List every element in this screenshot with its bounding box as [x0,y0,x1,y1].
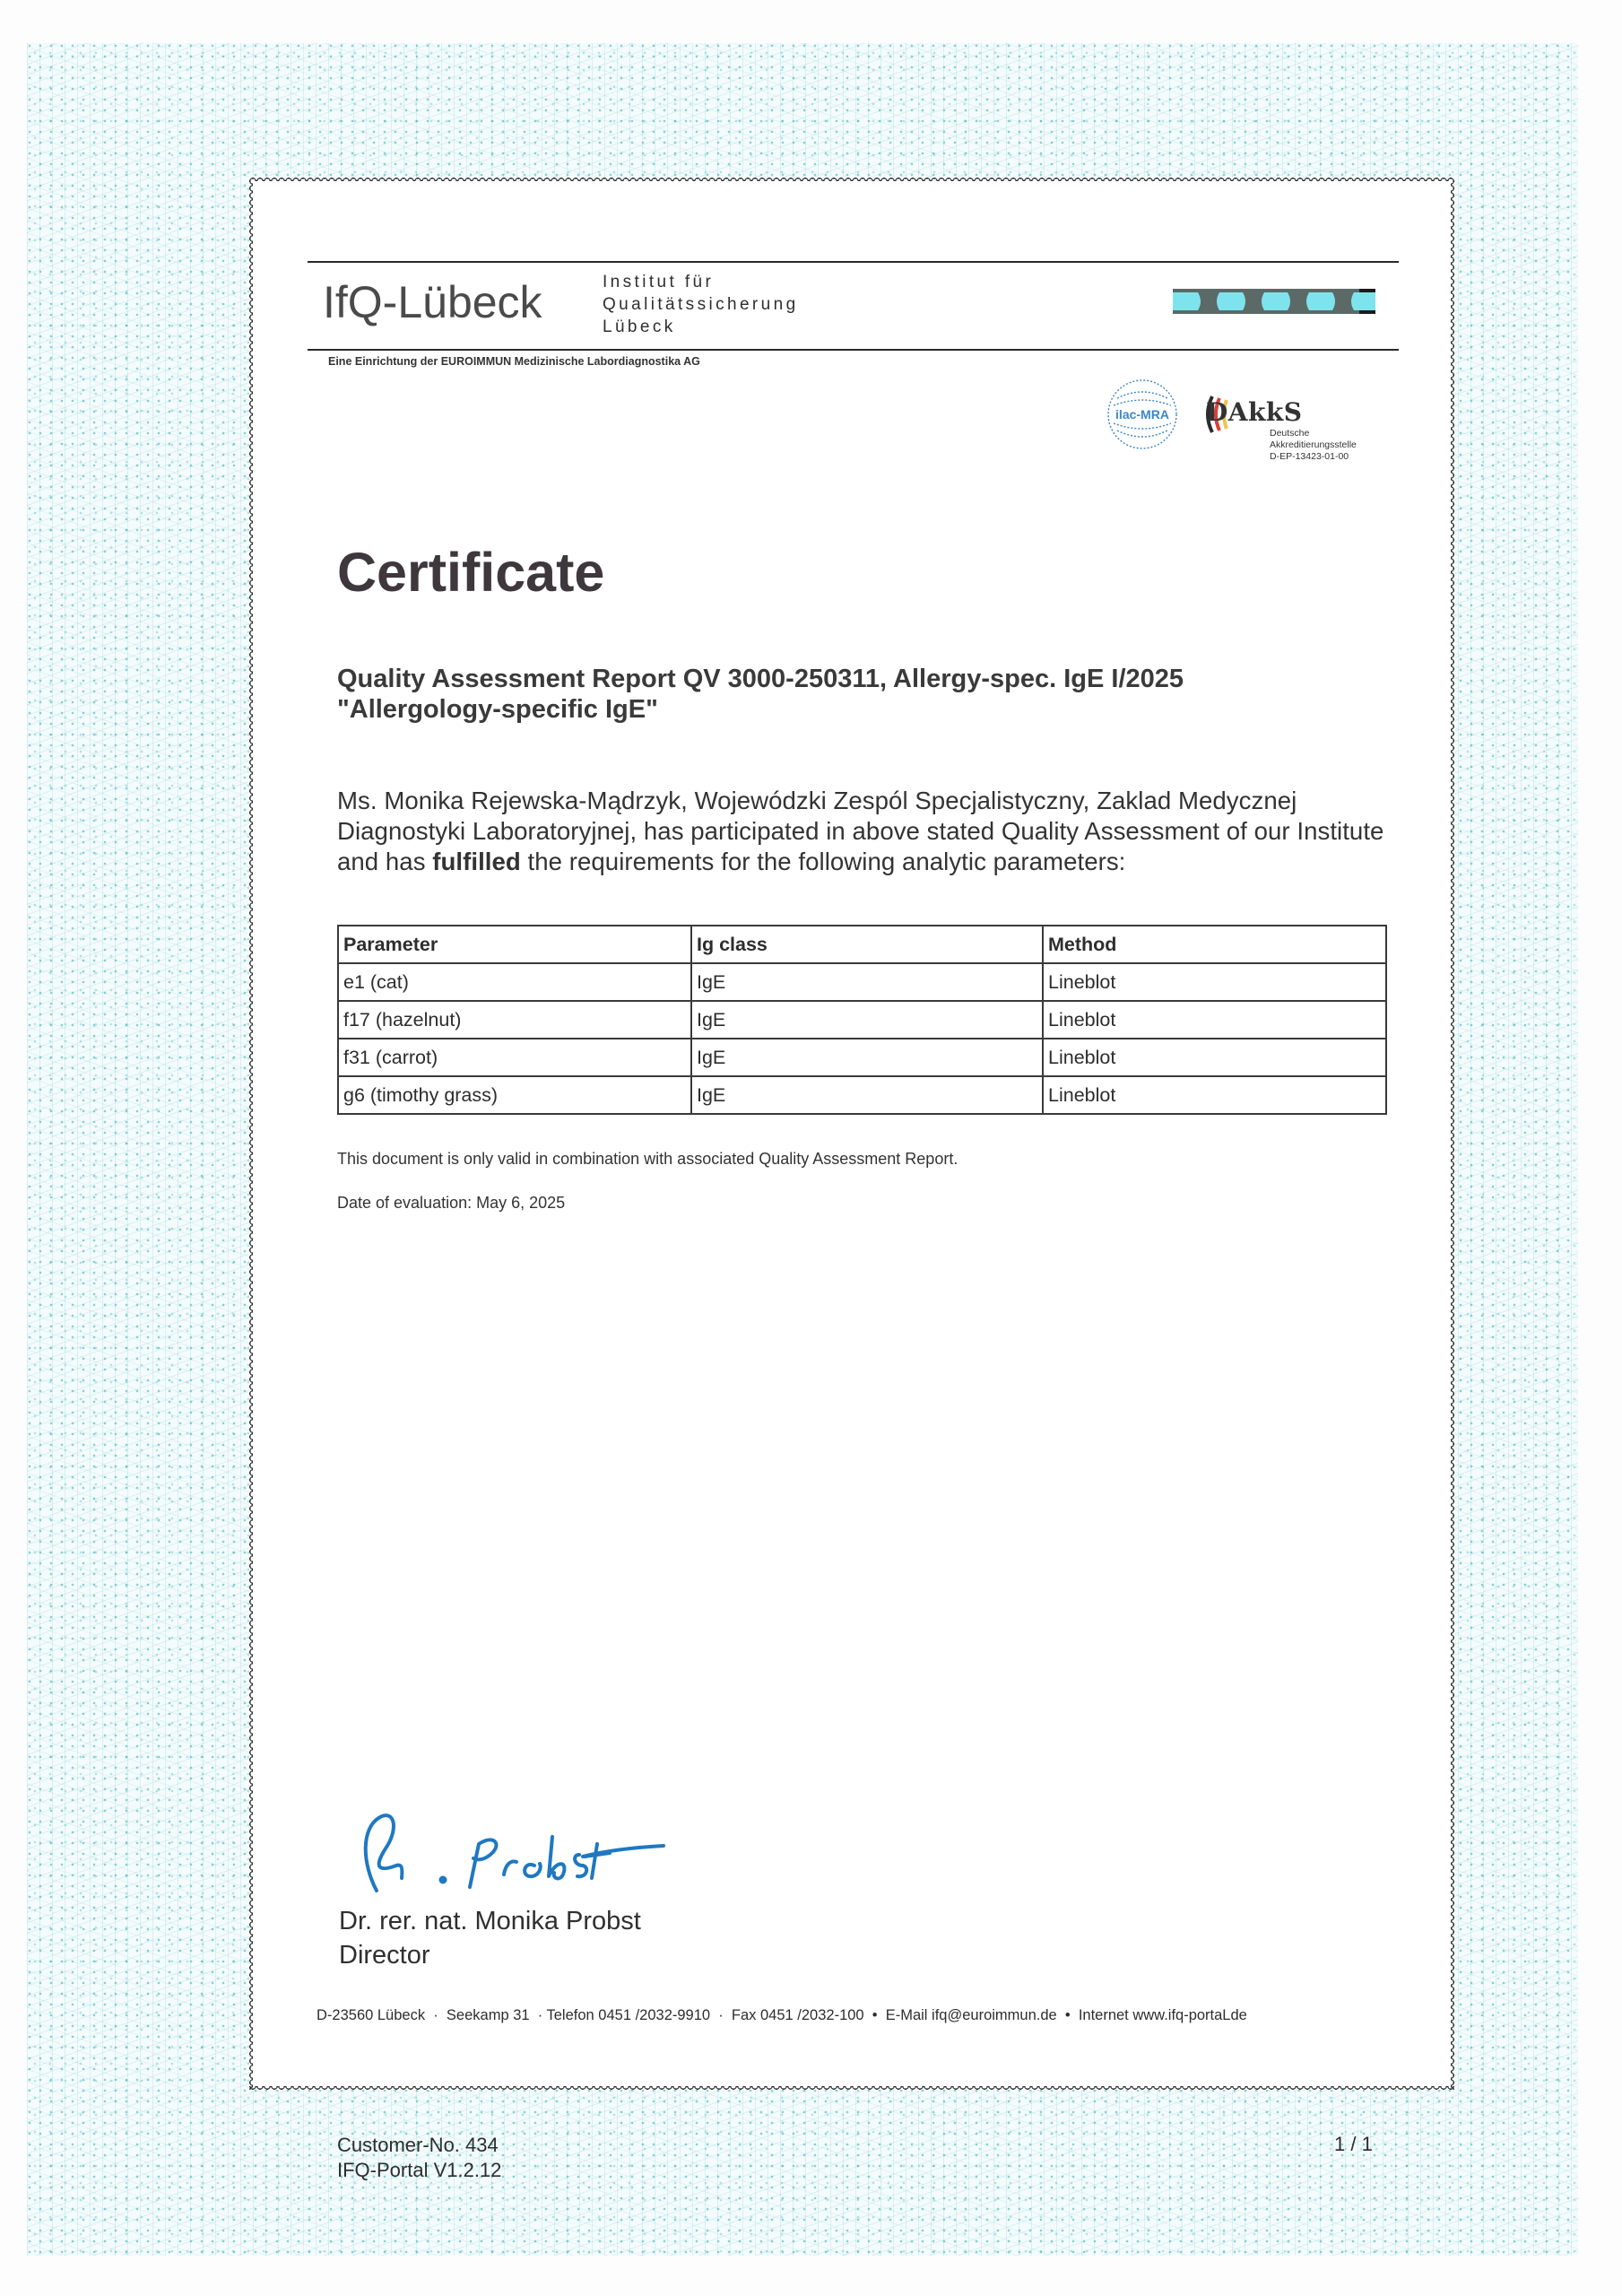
institute-contact-footer: D-23560 Lübeck · Seekamp 31 · Telefon 04… [317,2007,1247,2024]
evaluation-date: Date of evaluation: May 6, 2025 [337,1194,565,1213]
report-title-line: Quality Assessment Report QV 3000-250311… [337,664,1395,694]
column-header-parameter: Parameter [338,926,691,963]
statement-text: the requirements for the following analy… [521,848,1126,875]
dakks-details: Deutsche Akkreditierungsstelle D-EP-1342… [1270,428,1357,463]
signer-name: Dr. rer. nat. Monika Probst [339,1904,641,1938]
chain-links-logo-icon [1173,285,1375,317]
table-row: f31 (carrot) IgE Lineblot [338,1039,1386,1076]
header-rule-top [308,261,1399,263]
cell-method: Lineblot [1043,963,1386,1001]
cell-ig-class: IgE [691,963,1043,1001]
cell-ig-class: IgE [691,1001,1043,1039]
page-footer-left: Customer-No. 434 IFQ-Portal V1.2.12 [337,2133,501,2183]
svg-text:ilac-MRA: ilac-MRA [1115,407,1169,422]
report-title: Quality Assessment Report QV 3000-250311… [337,664,1395,725]
cell-parameter: g6 (timothy grass) [338,1076,691,1114]
institute-line: Institut für [603,271,799,293]
table-header-row: Parameter Ig class Method [338,926,1386,963]
cell-method: Lineblot [1043,1001,1386,1039]
table-row: g6 (timothy grass) IgE Lineblot [338,1076,1386,1114]
cell-parameter: e1 (cat) [338,963,691,1001]
validity-note: This document is only valid in combinati… [337,1150,958,1169]
handwritten-signature-icon [344,1801,667,1900]
cell-ig-class: IgE [691,1076,1043,1114]
header-rule-bottom [308,349,1399,351]
customer-number: Customer-No. 434 [337,2133,501,2158]
signer: Dr. rer. nat. Monika Probst Director [339,1904,641,1972]
dakks-line: Akkreditierungsstelle [1270,439,1357,451]
organization-subline: Eine Einrichtung der EUROIMMUN Medizinis… [328,355,700,368]
dakks-name: DAkkS [1206,397,1303,427]
dakks-line: Deutsche [1270,428,1357,439]
cell-parameter: f17 (hazelnut) [338,1001,691,1039]
signer-role: Director [339,1938,641,1972]
institute-line: Qualitätssicherung [603,293,799,316]
statement-emphasis: fulfilled [432,848,521,875]
report-title-subtitle: "Allergology-specific IgE" [337,694,1395,725]
certificate-title: Certificate [337,541,604,604]
table-row: e1 (cat) IgE Lineblot [338,963,1386,1001]
institute-line: Lübeck [603,316,799,338]
cell-parameter: f31 (carrot) [338,1039,691,1076]
cell-ig-class: IgE [691,1039,1043,1076]
brand-name: IfQ-Lübeck [323,276,542,328]
portal-version: IFQ-Portal V1.2.12 [337,2158,501,2183]
parameters-table: Parameter Ig class Method e1 (cat) IgE L… [337,925,1387,1115]
cell-method: Lineblot [1043,1039,1386,1076]
participation-statement: Ms. Monika Rejewska-Mądrzyk, Wojewódzki … [337,786,1395,877]
page-number: 1 / 1 [1334,2133,1373,2156]
institute-name: Institut für Qualitätssicherung Lübeck [603,271,799,338]
dakks-accreditation-number: D-EP-13423-01-00 [1270,451,1357,463]
table-row: f17 (hazelnut) IgE Lineblot [338,1001,1386,1039]
column-header-ig-class: Ig class [691,926,1043,963]
cell-method: Lineblot [1043,1076,1386,1114]
column-header-method: Method [1043,926,1386,963]
